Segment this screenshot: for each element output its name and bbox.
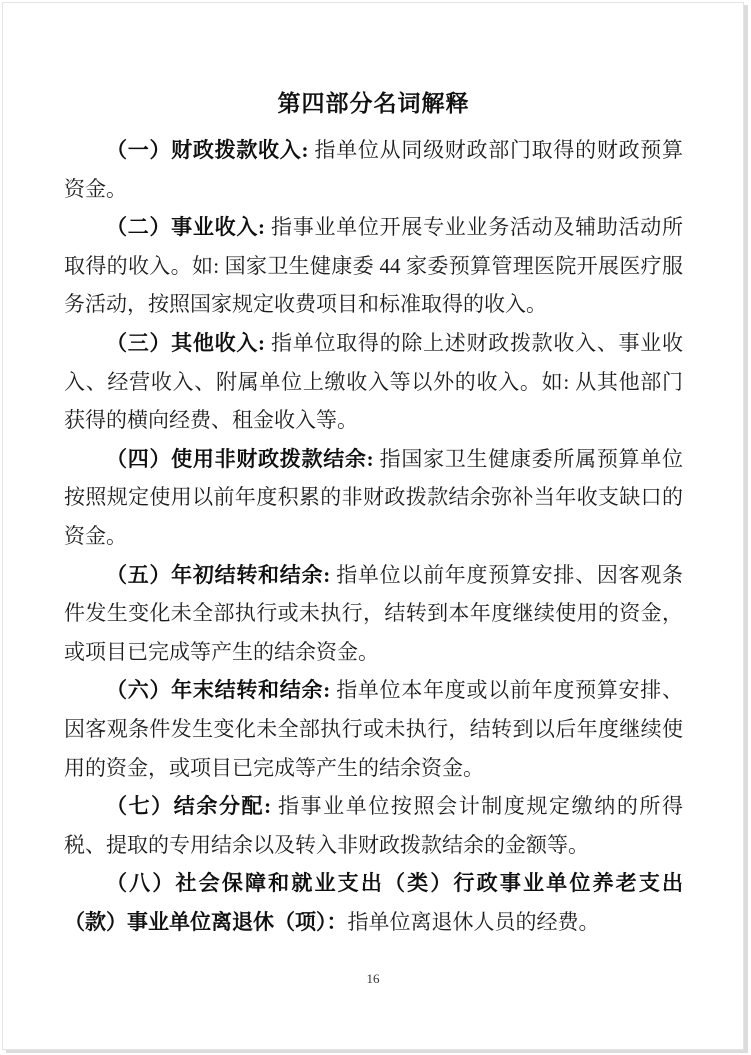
definition-paragraph: （一）财政拨款收入: 指单位从同级财政部门取得的财政预算资金。 bbox=[64, 131, 683, 208]
definition-paragraph: （六）年末结转和结余: 指单位本年度或以前年度预算安排、因客观条件发生变化未全部… bbox=[64, 671, 683, 787]
term-label: （七）结余分配: bbox=[106, 794, 278, 818]
term-label: （三）其他收入: bbox=[106, 331, 271, 355]
term-label: （一）财政拨款收入: bbox=[106, 138, 314, 162]
term-label: （六）年末结转和结余: bbox=[106, 678, 336, 702]
term-label: （二）事业收入: bbox=[106, 215, 271, 239]
definition-paragraph: （五）年初结转和结余: 指单位以前年度预算安排、因客观条件发生变化未全部执行或未… bbox=[64, 556, 683, 672]
page-number: 16 bbox=[3, 971, 743, 987]
page-content: 第四部分名词解释 （一）财政拨款收入: 指单位从同级财政部门取得的财政预算资金。… bbox=[3, 3, 743, 941]
definition-paragraph: （八）社会保障和就业支出（类）行政事业单位养老支出（款）事业单位离退休（项）：指… bbox=[64, 864, 683, 941]
definition-paragraph: （二）事业收入: 指事业单位开展专业业务活动及辅助活动所取得的收入。如: 国家卫… bbox=[64, 208, 683, 324]
definition-paragraph: （七）结余分配: 指事业单位按照会计制度规定缴纳的所得税、提取的专用结余以及转入… bbox=[64, 787, 683, 864]
document-page: 第四部分名词解释 （一）财政拨款收入: 指单位从同级财政部门取得的财政预算资金。… bbox=[2, 2, 744, 1050]
term-definition: 指单位离退休人员的经费。 bbox=[348, 910, 600, 934]
term-label: （四）使用非财政拨款结余: bbox=[106, 447, 380, 471]
definition-paragraph: （四）使用非财政拨款结余: 指国家卫生健康委所属预算单位按照规定使用以前年度积累… bbox=[64, 440, 683, 556]
definition-paragraph: （三）其他收入: 指单位取得的除上述财政拨款收入、事业收入、经营收入、附属单位上… bbox=[64, 324, 683, 440]
term-label: （五）年初结转和结余: bbox=[106, 563, 336, 587]
section-title: 第四部分名词解释 bbox=[64, 85, 683, 118]
